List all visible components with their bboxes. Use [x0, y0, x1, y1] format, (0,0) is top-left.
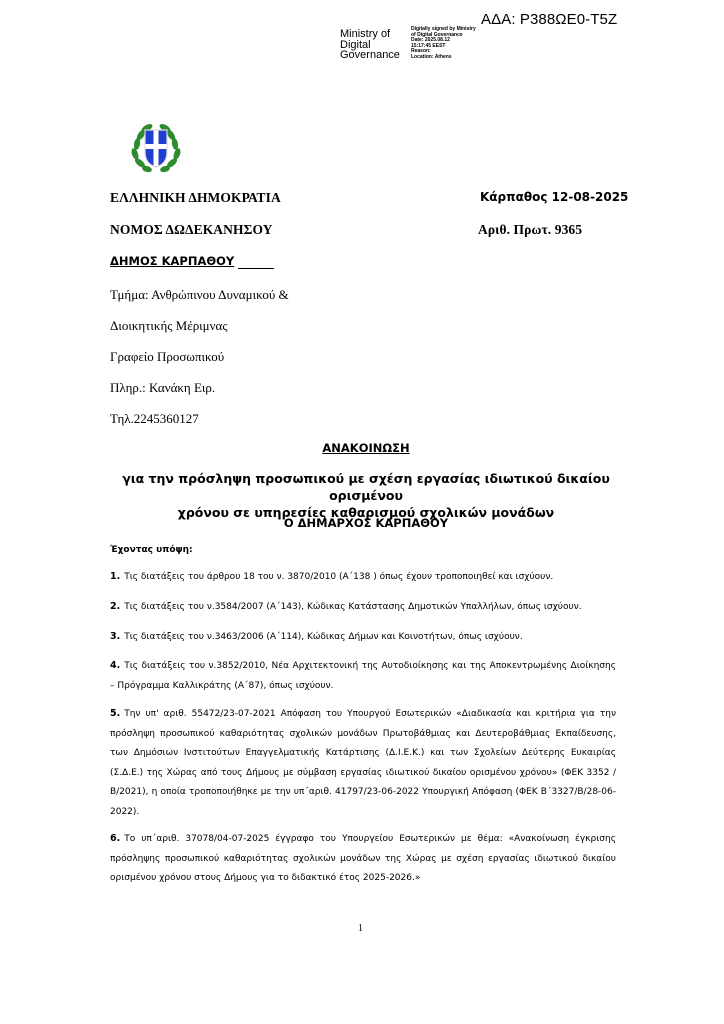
prefecture-name: ΝΟΜΟΣ ΔΩΔΕΚΑΝΗΣΟΥ: [110, 222, 273, 238]
list-item: 3.Τις διατάξεις του ν.3463/2006 (Α΄114),…: [110, 627, 616, 648]
department-line: Διοικητικής Μέριμνας: [110, 318, 227, 334]
municipality-underline: [238, 268, 274, 269]
office-line: Γραφείο Προσωπικού: [110, 349, 224, 365]
item-number: 1.: [110, 571, 120, 582]
item-number: 6.: [110, 833, 120, 844]
municipality-name: ΔΗΜΟΣ ΚΑΡΠΑΘΟΥ: [110, 254, 234, 268]
page-number: 1: [358, 923, 363, 934]
considering-heading: Έχοντας υπόψη:: [110, 545, 193, 555]
item-number: 2.: [110, 601, 120, 612]
item-text: Την υπ' αριθ. 55472/23-07-2021 Απόφαση τ…: [110, 709, 616, 817]
item-number: 3.: [110, 631, 120, 642]
document-title: ΑΝΑΚΟΙΝΩΣΗ: [110, 441, 622, 455]
item-text: Τις διατάξεις του άρθρου 18 του ν. 3870/…: [124, 572, 553, 582]
document-subtitle: για την πρόσληψη προσωπικού με σχέση εργ…: [110, 470, 622, 521]
signature-line: Location: Athens: [411, 55, 476, 61]
signer-org-line: Ministry of: [340, 29, 400, 40]
protocol-number: Αριθ. Πρωτ. 9365: [478, 222, 582, 238]
list-item: 2.Τις διατάξεις του ν.3584/2007 (Α΄143),…: [110, 597, 616, 618]
item-number: 5.: [110, 708, 120, 719]
government-name: ΕΛΛΗΝΙΚΗ ΔΗΜΟΚΡΑΤΙΑ: [110, 190, 281, 206]
list-item: 6.Το υπ΄αριθ. 37078/04-07-2025 έγγραφο τ…: [110, 829, 616, 889]
signer-org-line: Governance: [340, 50, 400, 61]
mayor-heading: Ο ΔΗΜΑΡΧΟΣ ΚΑΡΠΑΘΟΥ: [110, 516, 622, 530]
signer-organization: Ministry of Digital Governance: [340, 29, 400, 61]
ada-code: ΑΔΑ: Ρ388ΩΕ0-Τ5Ζ: [481, 11, 617, 28]
contact-person: Πληρ.: Κανάκη Ειρ.: [110, 380, 215, 396]
contact-phone: Τηλ.2245360127: [110, 411, 199, 427]
place-date: Κάρπαθος 12-08-2025: [480, 190, 628, 204]
item-text: Τις διατάξεις του ν.3852/2010, Νέα Αρχιτ…: [110, 661, 616, 691]
greek-coat-of-arms-icon: [129, 120, 183, 174]
item-text: Τις διατάξεις του ν.3463/2006 (Α΄114), Κ…: [124, 632, 522, 642]
list-item: 5.Την υπ' αριθ. 55472/23-07-2021 Απόφαση…: [110, 704, 616, 822]
list-item: 4.Τις διατάξεις του ν.3852/2010, Νέα Αρχ…: [110, 656, 616, 696]
item-text: Τις διατάξεις του ν.3584/2007 (Α΄143), Κ…: [124, 602, 581, 612]
list-item: 1.Τις διατάξεις του άρθρου 18 του ν. 387…: [110, 567, 616, 588]
subtitle-line: για την πρόσληψη προσωπικού με σχέση εργ…: [110, 470, 622, 504]
digital-signature-details: Digitally signed by Ministry of Digital …: [411, 27, 476, 61]
department-line: Τμήμα: Ανθρώπινου Δυναμικού &: [110, 287, 289, 303]
item-number: 4.: [110, 660, 120, 671]
item-text: Το υπ΄αριθ. 37078/04-07-2025 έγγραφο του…: [110, 834, 616, 883]
